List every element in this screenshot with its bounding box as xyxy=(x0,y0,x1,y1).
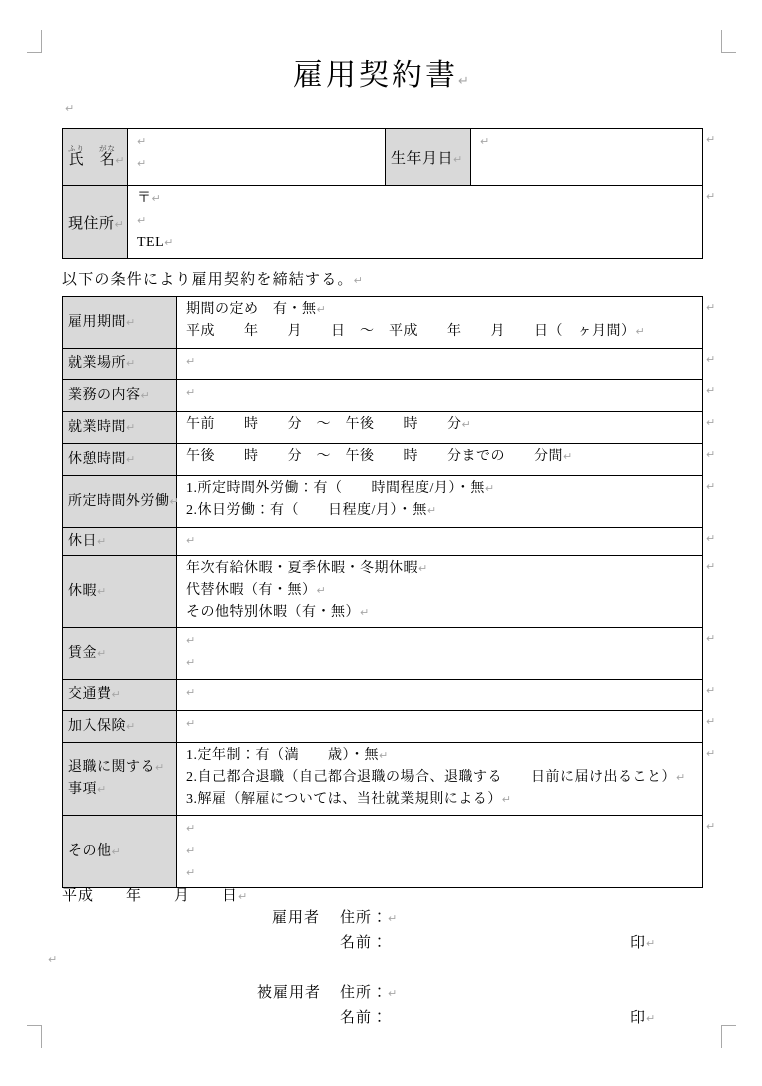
cell-text: 就業時間 xyxy=(68,420,126,435)
cell-text: 期間の定め 有・無 xyxy=(186,302,317,317)
paragraph-mark-icon: ↵ xyxy=(164,236,174,249)
paragraph-mark-icon: ↵ xyxy=(137,157,147,170)
paragraph-mark-icon: ↵ xyxy=(388,912,398,925)
row-value-cell[interactable]: 1.所定時間外労働：有（ 時間程度/月）・無↵2.休日労働：有（ 日程度/月）・… xyxy=(177,476,703,528)
cell-text: TEL xyxy=(137,235,164,250)
table-row: 業務の内容↵↵ xyxy=(63,380,703,412)
row-label-cell: 退職に関する↵事項↵ xyxy=(63,743,177,816)
birthdate-label: 生年月日 xyxy=(391,151,453,167)
cell-text: 交通費 xyxy=(68,687,112,702)
paragraph-mark-icon: ↵ xyxy=(427,504,437,517)
row-label-cell: 業務の内容↵ xyxy=(63,380,177,412)
end-of-row-mark-icon: ↵ xyxy=(706,715,715,728)
paragraph-mark-icon: ↵ xyxy=(186,866,196,879)
row-label-cell: 交通費↵ xyxy=(63,680,177,711)
table-row: 交通費↵↵ xyxy=(63,680,703,711)
row-value-cell[interactable]: ↵ xyxy=(177,528,703,556)
cell-text: 2.自己都合退職（自己都合退職の場合、退職する 日前に届け出ること） xyxy=(186,770,676,785)
paragraph-mark-icon: ↵ xyxy=(676,771,686,784)
end-of-row-mark-icon: ↵ xyxy=(706,190,715,203)
end-of-row-mark-icon: ↵ xyxy=(706,747,715,760)
paragraph-mark-icon: ↵ xyxy=(485,482,495,495)
cell-text: 1.所定時間外労働：有（ 時間程度/月）・無 xyxy=(186,481,485,496)
cell-text: 代替休暇（有・無） xyxy=(186,583,317,598)
cell-text: 〒 xyxy=(137,191,152,206)
table-row: その他↵↵↵↵ xyxy=(63,816,703,888)
paragraph-mark-icon: ↵ xyxy=(186,355,196,368)
table-row: 賃金↵↵↵ xyxy=(63,628,703,680)
end-of-row-mark-icon: ↵ xyxy=(706,448,715,461)
employee-role-label: 被雇用者 xyxy=(257,981,321,1002)
employee-address-field[interactable]: 住所：↵ xyxy=(340,981,398,1002)
intro-sentence: 以下の条件により雇用契約を締結する。↵ xyxy=(62,268,364,289)
cell-text: 平成 年 月 日 ～ 平成 年 月 日（ ヶ月間） xyxy=(186,324,636,339)
cell-text: 年次有給休暇・夏季休暇・冬期休暇 xyxy=(186,561,418,576)
paragraph-mark-icon: ↵ xyxy=(126,316,136,329)
paragraph-mark-icon: ↵ xyxy=(186,686,196,699)
row-label-cell: 賃金↵ xyxy=(63,628,177,680)
paragraph-mark-icon: ↵ xyxy=(186,844,196,857)
table-row: 休日↵↵ xyxy=(63,528,703,556)
paragraph-mark-icon: ↵ xyxy=(97,783,107,796)
paragraph-mark-icon: ↵ xyxy=(97,585,107,598)
paragraph-mark-icon: ↵ xyxy=(97,647,107,660)
paragraph-mark-icon: ↵ xyxy=(458,74,469,89)
end-of-row-mark-icon: ↵ xyxy=(706,301,715,314)
contract-date-line[interactable]: 平成 年 月 日↵ xyxy=(62,884,248,905)
paragraph-mark-icon: ↵ xyxy=(115,154,125,167)
address-label: 現住所 xyxy=(68,216,115,232)
paragraph-mark-icon: ↵ xyxy=(418,562,428,575)
cell-text: 雇用期間 xyxy=(68,315,126,330)
cell-text: その他特別休暇（有・無） xyxy=(186,605,360,620)
row-value-cell[interactable]: ↵ xyxy=(177,680,703,711)
row-label-cell: 休暇↵ xyxy=(63,556,177,628)
paragraph-mark-icon: ↵ xyxy=(137,214,147,227)
cell-text: 事項 xyxy=(68,782,97,797)
cell-text: 午前 時 分 ～ 午後 時 分 xyxy=(186,417,462,432)
employer-address-field[interactable]: 住所：↵ xyxy=(340,906,398,927)
cell-text: 休憩時間 xyxy=(68,452,126,467)
table-row: 加入保険↵↵ xyxy=(63,711,703,743)
cell-text: 休日 xyxy=(68,534,97,549)
cell-text: 退職に関する xyxy=(68,760,155,775)
name-label-cell: 氏ふり名がな↵ xyxy=(63,129,128,186)
end-of-row-mark-icon: ↵ xyxy=(706,684,715,697)
paragraph-mark-icon: ↵ xyxy=(115,218,125,231)
table-row: 氏ふり名がな↵ ↵↵ 生年月日↵ ↵ xyxy=(63,129,703,186)
row-value-cell[interactable]: 期間の定め 有・無↵平成 年 月 日 ～ 平成 年 月 日（ ヶ月間）↵ xyxy=(177,297,703,349)
paragraph-mark-icon: ↵ xyxy=(186,717,196,730)
paragraph-mark-icon: ↵ xyxy=(48,953,57,966)
row-value-cell[interactable]: ↵↵↵ xyxy=(177,816,703,888)
table-row: 所定時間外労働↵1.所定時間外労働：有（ 時間程度/月）・無↵2.休日労働：有（… xyxy=(63,476,703,528)
birthdate-label-cell: 生年月日↵ xyxy=(386,129,471,186)
cell-text: 賃金 xyxy=(68,646,97,661)
employer-name-field[interactable]: 名前： xyxy=(340,931,388,952)
paragraph-mark-icon: ↵ xyxy=(317,303,327,316)
row-label-cell: 就業場所↵ xyxy=(63,349,177,380)
row-label-cell: 休日↵ xyxy=(63,528,177,556)
row-value-cell[interactable]: 午後 時 分 ～ 午後 時 分までの 分間↵ xyxy=(177,444,703,476)
cell-text: 業務の内容 xyxy=(68,388,141,403)
cell-text: 1.定年制：有（満 歳）・無 xyxy=(186,748,379,763)
row-value-cell[interactable]: ↵ xyxy=(177,711,703,743)
paragraph-mark-icon: ↵ xyxy=(126,357,136,370)
paragraph-mark-icon: ↵ xyxy=(480,135,490,148)
birthdate-value-cell[interactable]: ↵ xyxy=(471,129,703,186)
paragraph-mark-icon: ↵ xyxy=(112,845,122,858)
table-row: 現住所↵ 〒↵↵TEL↵ xyxy=(63,186,703,259)
paragraph-mark-icon: ↵ xyxy=(636,325,646,338)
paragraph-mark-icon: ↵ xyxy=(462,418,472,431)
row-value-cell[interactable]: 午前 時 分 ～ 午後 時 分↵ xyxy=(177,412,703,444)
paragraph-mark-icon: ↵ xyxy=(502,793,512,806)
name-label: 名がな xyxy=(99,152,115,168)
contract-table: 雇用期間↵期間の定め 有・無↵平成 年 月 日 ～ 平成 年 月 日（ ヶ月間）… xyxy=(62,296,703,888)
end-of-row-mark-icon: ↵ xyxy=(706,353,715,366)
row-label-cell: 雇用期間↵ xyxy=(63,297,177,349)
table-row: 雇用期間↵期間の定め 有・無↵平成 年 月 日 ～ 平成 年 月 日（ ヶ月間）… xyxy=(63,297,703,349)
cell-text: 午後 時 分 ～ 午後 時 分までの 分間 xyxy=(186,449,563,464)
paragraph-mark-icon: ↵ xyxy=(646,937,656,950)
paragraph-mark-icon: ↵ xyxy=(186,386,196,399)
paragraph-mark-icon: ↵ xyxy=(186,822,196,835)
paragraph-mark-icon: ↵ xyxy=(126,720,136,733)
row-value-cell[interactable]: ↵ xyxy=(177,380,703,412)
paragraph-mark-icon: ↵ xyxy=(186,534,196,547)
row-value-cell[interactable]: 1.定年制：有（満 歳）・無↵2.自己都合退職（自己都合退職の場合、退職する 日… xyxy=(177,743,703,816)
page-title-row: 雇用契約書↵ xyxy=(0,50,762,94)
cell-text: 休暇 xyxy=(68,584,97,599)
table-row: 就業場所↵↵ xyxy=(63,349,703,380)
end-of-row-mark-icon: ↵ xyxy=(706,384,715,397)
end-of-row-mark-icon: ↵ xyxy=(706,820,715,833)
paragraph-mark-icon: ↵ xyxy=(126,453,136,466)
row-value-cell[interactable]: ↵ xyxy=(177,349,703,380)
cell-text: 加入保険 xyxy=(68,719,126,734)
cell-text: 2.休日労働：有（ 日程度/月）・無 xyxy=(186,503,427,518)
crop-mark-bottom-right-icon xyxy=(721,1025,736,1048)
paragraph-mark-icon: ↵ xyxy=(112,688,122,701)
table-row: 就業時間↵午前 時 分 ～ 午後 時 分↵ xyxy=(63,412,703,444)
row-label-cell: 休憩時間↵ xyxy=(63,444,177,476)
table-row: 退職に関する↵事項↵1.定年制：有（満 歳）・無↵2.自己都合退職（自己都合退職… xyxy=(63,743,703,816)
employee-seal-label: 印↵ xyxy=(630,1006,656,1027)
paragraph-mark-icon: ↵ xyxy=(646,1012,656,1025)
employer-role-label: 雇用者 xyxy=(272,906,320,927)
paragraph-mark-icon: ↵ xyxy=(354,274,364,287)
row-label-cell: 加入保険↵ xyxy=(63,711,177,743)
paragraph-mark-icon: ↵ xyxy=(360,606,370,619)
paragraph-mark-icon: ↵ xyxy=(152,192,162,205)
cell-text: その他 xyxy=(68,844,112,859)
page-title: 雇用契約書 xyxy=(293,59,458,92)
address-label-cell: 現住所↵ xyxy=(63,186,128,259)
cell-text: 3.解雇（解雇については、当社就業規則による） xyxy=(186,792,502,807)
paragraph-mark-icon: ↵ xyxy=(186,656,196,669)
paragraph-mark-icon: ↵ xyxy=(186,634,196,647)
contract-table-body: 雇用期間↵期間の定め 有・無↵平成 年 月 日 ～ 平成 年 月 日（ ヶ月間）… xyxy=(63,297,703,888)
employee-name-field[interactable]: 名前： xyxy=(340,1006,388,1027)
paragraph-mark-icon: ↵ xyxy=(379,749,389,762)
document-page: 雇用契約書↵ ↵ 氏ふり名がな↵ ↵↵ 生年月日↵ ↵ 現住所↵ 〒↵↵TEL↵… xyxy=(0,0,762,1086)
paragraph-mark-icon: ↵ xyxy=(170,495,180,508)
row-label-cell: 所定時間外労働↵ xyxy=(63,476,177,528)
paragraph-mark-icon: ↵ xyxy=(126,421,136,434)
end-of-row-mark-icon: ↵ xyxy=(706,480,715,493)
name-value-cell[interactable]: ↵↵ xyxy=(128,129,386,186)
paragraph-mark-icon: ↵ xyxy=(155,761,165,774)
end-of-row-mark-icon: ↵ xyxy=(706,560,715,573)
paragraph-mark-icon: ↵ xyxy=(388,987,398,1000)
paragraph-mark-icon: ↵ xyxy=(65,102,74,115)
row-label-cell: 就業時間↵ xyxy=(63,412,177,444)
end-of-row-mark-icon: ↵ xyxy=(706,532,715,545)
paragraph-mark-icon: ↵ xyxy=(317,584,327,597)
employer-seal-label: 印↵ xyxy=(630,931,656,952)
cell-text: 就業場所 xyxy=(68,356,126,371)
table-row: 休憩時間↵午後 時 分 ～ 午後 時 分までの 分間↵ xyxy=(63,444,703,476)
paragraph-mark-icon: ↵ xyxy=(238,890,248,903)
name-label: 氏ふり xyxy=(68,152,85,168)
address-value-cell[interactable]: 〒↵↵TEL↵ xyxy=(128,186,703,259)
paragraph-mark-icon: ↵ xyxy=(563,450,573,463)
paragraph-mark-icon: ↵ xyxy=(137,135,147,148)
table-row: 休暇↵年次有給休暇・夏季休暇・冬期休暇↵代替休暇（有・無）↵その他特別休暇（有・… xyxy=(63,556,703,628)
end-of-row-mark-icon: ↵ xyxy=(706,632,715,645)
crop-mark-bottom-left-icon xyxy=(27,1025,42,1048)
row-label-cell: その他↵ xyxy=(63,816,177,888)
row-value-cell[interactable]: 年次有給休暇・夏季休暇・冬期休暇↵代替休暇（有・無）↵その他特別休暇（有・無）↵ xyxy=(177,556,703,628)
cell-text: 所定時間外労働 xyxy=(68,494,170,509)
paragraph-mark-icon: ↵ xyxy=(453,153,463,166)
end-of-row-mark-icon: ↵ xyxy=(706,133,715,146)
row-value-cell[interactable]: ↵↵ xyxy=(177,628,703,680)
profile-table: 氏ふり名がな↵ ↵↵ 生年月日↵ ↵ 現住所↵ 〒↵↵TEL↵ xyxy=(62,128,703,259)
paragraph-mark-icon: ↵ xyxy=(141,389,151,402)
paragraph-mark-icon: ↵ xyxy=(97,535,107,548)
end-of-row-mark-icon: ↵ xyxy=(706,416,715,429)
